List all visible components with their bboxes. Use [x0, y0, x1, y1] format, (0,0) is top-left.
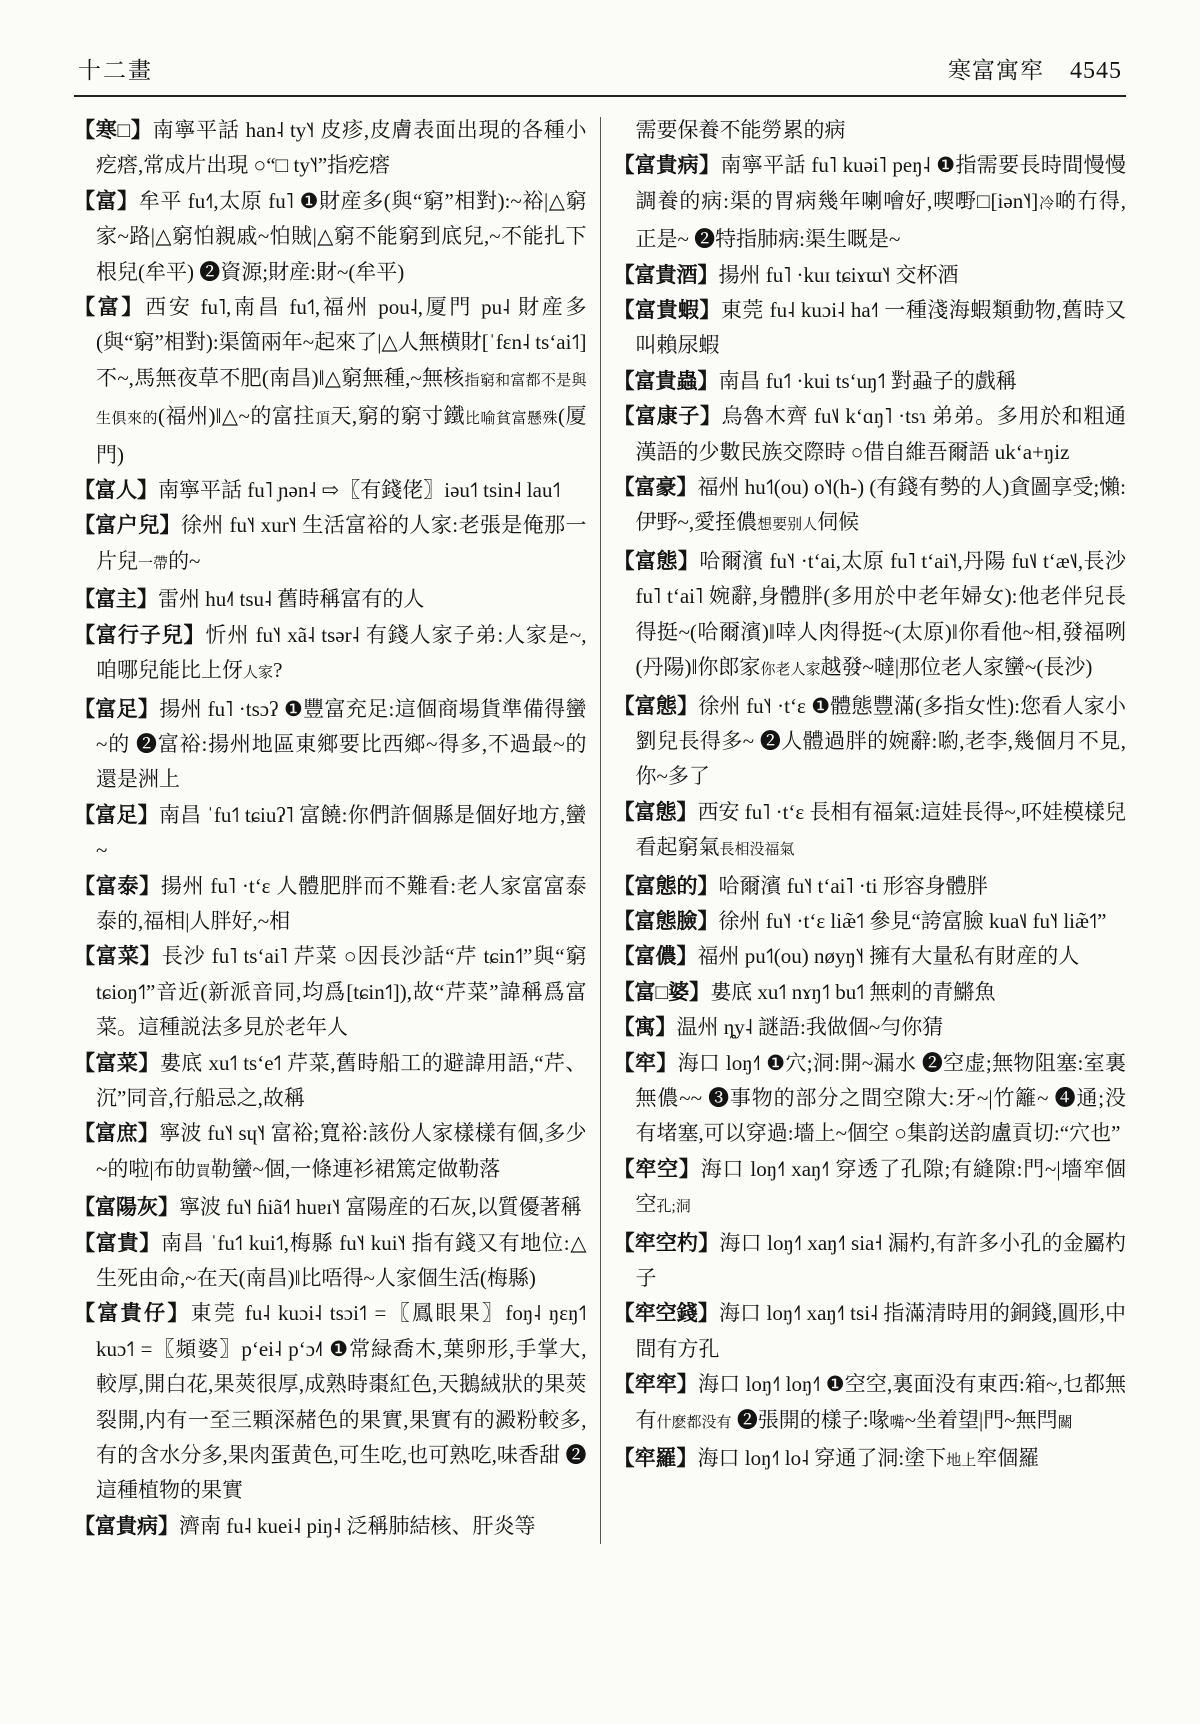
dictionary-entry: 【富態的】哈爾濱 fu˥˧ tʻai˥ ·ti 形容身體胖 [614, 869, 1127, 904]
entry-text: ~坐着望|門~無閂 [905, 1408, 1058, 1432]
headword: 【寓】 [614, 1015, 677, 1039]
headword: 【富態】 [614, 800, 698, 824]
inline-gloss: 什麽都没有 [657, 1415, 732, 1431]
entry-text: 勒蠻~個,一條連衫裙篤定做勒落 [211, 1157, 501, 1181]
headword: 【富主】 [74, 587, 158, 611]
dictionary-entry: 【富户兒】徐州 fu˥˧ xur˥˧ 生活富裕的人家:老張是俺那一片兒一帶的~ [74, 508, 587, 582]
right-column: 需要保養不能勞累的病【富貴病】南寧平話 fu˥ kuəi˥ peŋ˨ ❶指需要長… [614, 113, 1127, 1544]
headword: 【富貴蝦】 [614, 298, 721, 322]
headword: 【富康子】 [614, 404, 722, 428]
inline-gloss: 冷 [1038, 196, 1055, 212]
headword: 【富泰】 [74, 874, 161, 898]
headword: 【富態】 [614, 694, 699, 718]
inline-gloss: 比喻貧富懸殊 [465, 411, 558, 427]
dictionary-entry: 【富】西安 fu˥,南昌 fu˦˥,福州 pou˨,厦門 pu˨ 財産多(與“窮… [74, 290, 587, 473]
dictionary-entry: 【富康子】烏魯木齊 fu˦˩ kʻɑŋ˥ ·tsɿ 弟弟。多用於和粗通漢語的少數… [614, 399, 1127, 470]
headword: 【富菜】 [74, 944, 162, 968]
entry-text: 福州 hu˦˥(ou) o˥˧(h-) (有錢有勢的人)貪圖享受;懶:伊野~,愛… [636, 475, 1126, 534]
headword: 【富態】 [614, 549, 700, 573]
dictionary-entry: 【富儂】福州 pu˦˥(ou) nøyŋ˥˧ 擁有大量私有財産的人 [614, 939, 1127, 974]
dictionary-entry: 【窂窂】海口 loŋ˧˥ loŋ˧˥ ❶空空,裏面没有東西:箱~,乜都無有什麽都… [614, 1367, 1127, 1441]
dictionary-entry: 【富貴病】南寧平話 fu˥ kuəi˥ peŋ˨ ❶指需要長時間慢慢調養的病:渠… [614, 148, 1127, 257]
entry-text: 牟平 fu˧˥,太原 fu˥ ❶財産多(與“窮”相對):~裕|△窮家~路|△窮怕… [96, 189, 586, 284]
guide-words: 寒富寓窂 [948, 52, 1044, 85]
dictionary-entry: 【富貴仔】東莞 fu˨ kuɔi˨ tsɔi˦˥ =〖鳳眼果〗foŋ˨ ŋɛŋ˦… [74, 1296, 587, 1508]
left-column: 【寒□】南寧平話 han˨ ty˥˧ 皮疹,皮膚表面出現的各種小疙瘩,常成片出現… [74, 113, 587, 1544]
dictionary-entry: 【富態】哈爾濱 fu˥˧ ·tʻai,太原 fu˥ tʻai˥˧,丹陽 fu˦˩… [614, 544, 1127, 689]
inline-gloss: 關 [1058, 1415, 1073, 1431]
headword: 【富陽灰】 [74, 1195, 179, 1219]
inline-gloss: 頂 [315, 411, 331, 427]
headword: 【富人】 [74, 478, 158, 502]
inline-gloss: 買 [196, 1164, 211, 1180]
entry-text: 海口 loŋ˧˥ ❶穴;洞:開~漏水 ❷空虚;無物阻塞:室裏無儂~~ ❸事物的部… [636, 1051, 1126, 1146]
entry-text: 海口 loŋ˧˥ lo˨ 穿通了洞:塗下 [698, 1446, 947, 1470]
dictionary-entry: 【富菜】長沙 fu˥ tsʻai˥ 芹菜 ○因長沙話“芹 tɕin˦˥”與“窮 … [74, 939, 587, 1045]
headword: 【富貴病】 [74, 1514, 179, 1538]
dictionary-entry: 【富貴蟲】南昌 fu˦˥ ·kui tsʻuŋ˦˥ 對蝨子的戲稱 [614, 364, 1127, 399]
headword: 【窂羅】 [614, 1446, 698, 1470]
dictionary-entry: 【窂空錢】海口 loŋ˧˥ xaŋ˧˥ tsi˨ 指滿清時用的銅錢,圓形,中間有… [614, 1296, 1127, 1367]
entry-text: 婁底 xu˦˥ nɤŋ˦˥ bu˦˥ 無刺的青鱂魚 [710, 980, 995, 1004]
dictionary-entry: 【富菜】婁底 xu˦˥ tsʻe˦˥ 芹菜,舊時船工的避諱用語,“芹、沉”同音,… [74, 1046, 587, 1117]
headword: 【富户兒】 [74, 513, 181, 537]
dictionary-entry: 【富足】南昌 ˈfu˦˥ tɕiuʔ˥ 富饒:你們許個縣是個好地方,蠻~ [74, 798, 587, 869]
entry-text: 温州 ȵy˨ 謎語:我做個~勻你猜 [677, 1015, 944, 1039]
entry-text: 需要保養不能勞累的病 [636, 118, 846, 142]
entry-text: 南寧平話 fu˥ ɲən˨ ⇨〖有錢佬〗iəu˦˥ tsin˨ lau˦˥ [158, 478, 561, 502]
dictionary-entry: 【富陽灰】寧波 fu˥˧ ɦiã˧˥ huɐɪ˥˧ 富陽産的石灰,以質優著稱 [74, 1190, 587, 1225]
dictionary-entry: 【富貴病】濟南 fu˨ kuei˨ piŋ˨ 泛稱肺結核、肝炎等 [74, 1509, 587, 1544]
headword: 【富菜】 [74, 1051, 160, 1075]
dictionary-entry: 【富主】雷州 hu˨˥ tsu˨ 舊時稱富有的人 [74, 582, 587, 617]
dictionary-entry: 【富貴酒】揚州 fu˥ ·kuɪ tɕiɤɯ˥˧ 交杯酒 [614, 258, 1127, 293]
dictionary-entry: 【富行子兒】忻州 fu˥˧ xã˨ tsər˨ 有錢人家子弟:人家是~,咱哪兒能… [74, 618, 587, 692]
headword: 【窂窂】 [614, 1372, 698, 1396]
inline-gloss: 嘴 [890, 1415, 905, 1431]
entry-text: ? [273, 658, 282, 682]
entry-text: 南昌 fu˦˥ ·kui tsʻuŋ˦˥ 對蝨子的戲稱 [719, 369, 1017, 393]
entry-text: 哈爾濱 fu˥˧ tʻai˥ ·ti 形容身體胖 [719, 874, 988, 898]
entry-text: 福州 pu˦˥(ou) nøyŋ˥˧ 擁有大量私有財産的人 [698, 944, 1080, 968]
inline-gloss: 想要别人 [757, 517, 817, 533]
headword: 【窂】 [614, 1051, 678, 1075]
headword: 【富】 [74, 189, 139, 213]
dictionary-entry: 【窂】海口 loŋ˧˥ ❶穴;洞:開~漏水 ❷空虚;無物阻塞:室裏無儂~~ ❸事… [614, 1046, 1127, 1152]
entry-text: 揚州 fu˥ ·kuɪ tɕiɤɯ˥˧ 交杯酒 [719, 263, 959, 287]
dictionary-entry: 【窂空】海口 loŋ˧˥ xaŋ˧˥ 穿透了孔隙;有縫隙:門~|墻窂個空孔;洞 [614, 1152, 1127, 1226]
headword: 【富貴仔】 [74, 1301, 191, 1325]
dictionary-entry: 【富】牟平 fu˧˥,太原 fu˥ ❶財産多(與“窮”相對):~裕|△窮家~路|… [74, 184, 587, 290]
entry-text: 揚州 fu˥ ·tsɔʔ ❶豐富充足:這個商場貨準備得蠻~的 ❷富裕:揚州地區東… [96, 697, 586, 792]
headword: 【窂空】 [614, 1157, 701, 1181]
headword: 【富貴蟲】 [614, 369, 719, 393]
headword: 【富庶】 [74, 1121, 159, 1145]
page-header: 十二畫 寒富寓窂 4545 [74, 52, 1126, 97]
dictionary-entry: 【富□婆】婁底 xu˦˥ nɤŋ˦˥ bu˦˥ 無刺的青鱂魚 [614, 975, 1127, 1010]
stroke-section-title: 十二畫 [78, 52, 153, 85]
entry-text: 南昌 ˈfu˦˥ kui˦˥,梅縣 fu˥˧ kui˥˧ 指有錢又有地位:△生死… [96, 1231, 586, 1290]
entry-text: ❷張開的樣子:喙 [732, 1408, 890, 1432]
inline-gloss: 你老人家 [760, 662, 820, 678]
entry-text: 徐州 fu˥˧ ·tʻɛ liæ̃˦˥ 參見“誇富臉 kua˦˩ fu˥˧ li… [719, 909, 1107, 933]
headword: 【富貴】 [74, 1231, 161, 1255]
entry-text: 揚州 fu˥ ·tʻɛ 人體肥胖而不難看:老人家富富泰泰的,福相|人胖好,~相 [96, 874, 586, 933]
headword: 【富儂】 [614, 944, 698, 968]
headword: 【富貴酒】 [614, 263, 719, 287]
headword: 【富行子兒】 [74, 623, 206, 647]
entry-text: (福州)‖△~的富拄 [158, 404, 315, 428]
entry-text: 伺候 [817, 510, 859, 534]
dictionary-entry: 【富態】西安 fu˥ ·tʻɛ 長相有福氣:這娃長得~,吥娃模樣兒看起窮氣長相没… [614, 795, 1127, 869]
entry-text: 的~ [168, 549, 200, 573]
dictionary-page: 十二畫 寒富寓窂 4545 【寒□】南寧平話 han˨ ty˥˧ 皮疹,皮膚表面… [0, 0, 1200, 1724]
entry-text: 長沙 fu˥ tsʻai˥ 芹菜 ○因長沙話“芹 tɕin˦˥”與“窮 tɕio… [96, 944, 586, 1039]
headword: 【富態的】 [614, 874, 719, 898]
headword: 【富豪】 [614, 475, 698, 499]
entry-text: 越發~噠|那位老人家蠻~(長沙) [820, 655, 1092, 679]
headword: 【富□婆】 [614, 980, 711, 1004]
inline-gloss: 長相没福氣 [720, 842, 795, 858]
entry-text: 婁底 xu˦˥ tsʻe˦˥ 芹菜,舊時船工的避諱用語,“芹、沉”同音,行船忌之… [96, 1051, 586, 1110]
entry-text: 雷州 hu˨˥ tsu˨ 舊時稱富有的人 [158, 587, 424, 611]
dictionary-entry: 【窂羅】海口 loŋ˧˥ lo˨ 穿通了洞:塗下地上窂個羅 [614, 1441, 1127, 1479]
dictionary-entry: 【富態】徐州 fu˥˧ ·tʻɛ ❶體態豐滿(多指女性):您看人家小劉兒長得多~… [614, 689, 1127, 795]
dictionary-entry: 【富豪】福州 hu˦˥(ou) o˥˧(h-) (有錢有勢的人)貪圖享受;懶:伊… [614, 470, 1127, 544]
dictionary-entry: 【富泰】揚州 fu˥ ·tʻɛ 人體肥胖而不難看:老人家富富泰泰的,福相|人胖好… [74, 869, 587, 940]
headword: 【寒□】 [74, 118, 153, 142]
dictionary-entry: 【富貴蝦】東莞 fu˨ kuɔi˨ ha˧˥ 一種淺海蝦類動物,舊時又叫賴尿蝦 [614, 293, 1127, 364]
dictionary-entry: 【富貴】南昌 ˈfu˦˥ kui˦˥,梅縣 fu˥˧ kui˥˧ 指有錢又有地位… [74, 1226, 587, 1297]
inline-gloss: 一帶 [138, 556, 168, 572]
page-number: 4545 [1070, 58, 1122, 85]
dictionary-entry: 【寒□】南寧平話 han˨ ty˥˧ 皮疹,皮膚表面出現的各種小疙瘩,常成片出現… [74, 113, 587, 184]
headword: 【富貴病】 [614, 153, 721, 177]
headword: 【窂空杓】 [614, 1231, 720, 1255]
column-divider [600, 117, 601, 1544]
entry-text: 西安 fu˥ ·tʻɛ 長相有福氣:這娃長得~,吥娃模樣兒看起窮氣 [636, 800, 1126, 859]
headword: 【富】 [74, 295, 145, 319]
dictionary-entry: 【窂空杓】海口 loŋ˧˥ xaŋ˧˥ sia˧ 漏杓,有許多小孔的金屬杓子 [614, 1226, 1127, 1297]
header-right: 寒富寓窂 4545 [948, 52, 1122, 85]
entry-continuation: 需要保養不能勞累的病 [614, 113, 1127, 148]
entry-text: 東莞 fu˨ kuɔi˨ tsɔi˦˥ =〖鳳眼果〗foŋ˨ ŋɛŋ˦˥ kuɔ… [96, 1301, 586, 1502]
dictionary-entry: 【寓】温州 ȵy˨ 謎語:我做個~勻你猜 [614, 1010, 1127, 1045]
entry-text: 窂個羅 [976, 1446, 1039, 1470]
entry-text: 寧波 fu˥˧ ɦiã˧˥ huɐɪ˥˧ 富陽産的石灰,以質優著稱 [179, 1195, 582, 1219]
inline-gloss: 孔;洞 [657, 1199, 691, 1215]
entry-text: 南寧平話 han˨ ty˥˧ 皮疹,皮膚表面出現的各種小疙瘩,常成片出現 ○“□… [96, 118, 586, 177]
text-columns: 【寒□】南寧平話 han˨ ty˥˧ 皮疹,皮膚表面出現的各種小疙瘩,常成片出現… [74, 113, 1126, 1544]
headword: 【窂空錢】 [614, 1301, 719, 1325]
headword: 【富足】 [74, 803, 159, 827]
entry-text: 南昌 ˈfu˦˥ tɕiuʔ˥ 富饒:你們許個縣是個好地方,蠻~ [96, 803, 586, 862]
dictionary-entry: 【富人】南寧平話 fu˥ ɲən˨ ⇨〖有錢佬〗iəu˦˥ tsin˨ lau˦… [74, 473, 587, 508]
inline-gloss: 人家 [243, 665, 273, 681]
entry-text: 濟南 fu˨ kuei˨ piŋ˨ 泛稱肺結核、肝炎等 [179, 1514, 536, 1538]
headword: 【富態臉】 [614, 909, 719, 933]
entry-text: 天,窮的窮寸鐵 [330, 404, 465, 428]
dictionary-entry: 【富庶】寧波 fu˥˧ sɥ˥˧ 富裕;寬裕:該份人家樣樣有個,多少~的啦|布劰… [74, 1116, 587, 1190]
inline-gloss: 地上 [946, 1453, 976, 1469]
entry-text: 徐州 fu˥˧ ·tʻɛ ❶體態豐滿(多指女性):您看人家小劉兒長得多~ ❷人體… [636, 694, 1126, 789]
dictionary-entry: 【富態臉】徐州 fu˥˧ ·tʻɛ liæ̃˦˥ 參見“誇富臉 kua˦˩ fu… [614, 904, 1127, 939]
dictionary-entry: 【富足】揚州 fu˥ ·tsɔʔ ❶豐富充足:這個商場貨準備得蠻~的 ❷富裕:揚… [74, 692, 587, 798]
entry-text: 海口 loŋ˧˥ xaŋ˧˥ 穿透了孔隙;有縫隙:門~|墻窂個空 [636, 1157, 1126, 1216]
headword: 【富足】 [74, 697, 159, 721]
